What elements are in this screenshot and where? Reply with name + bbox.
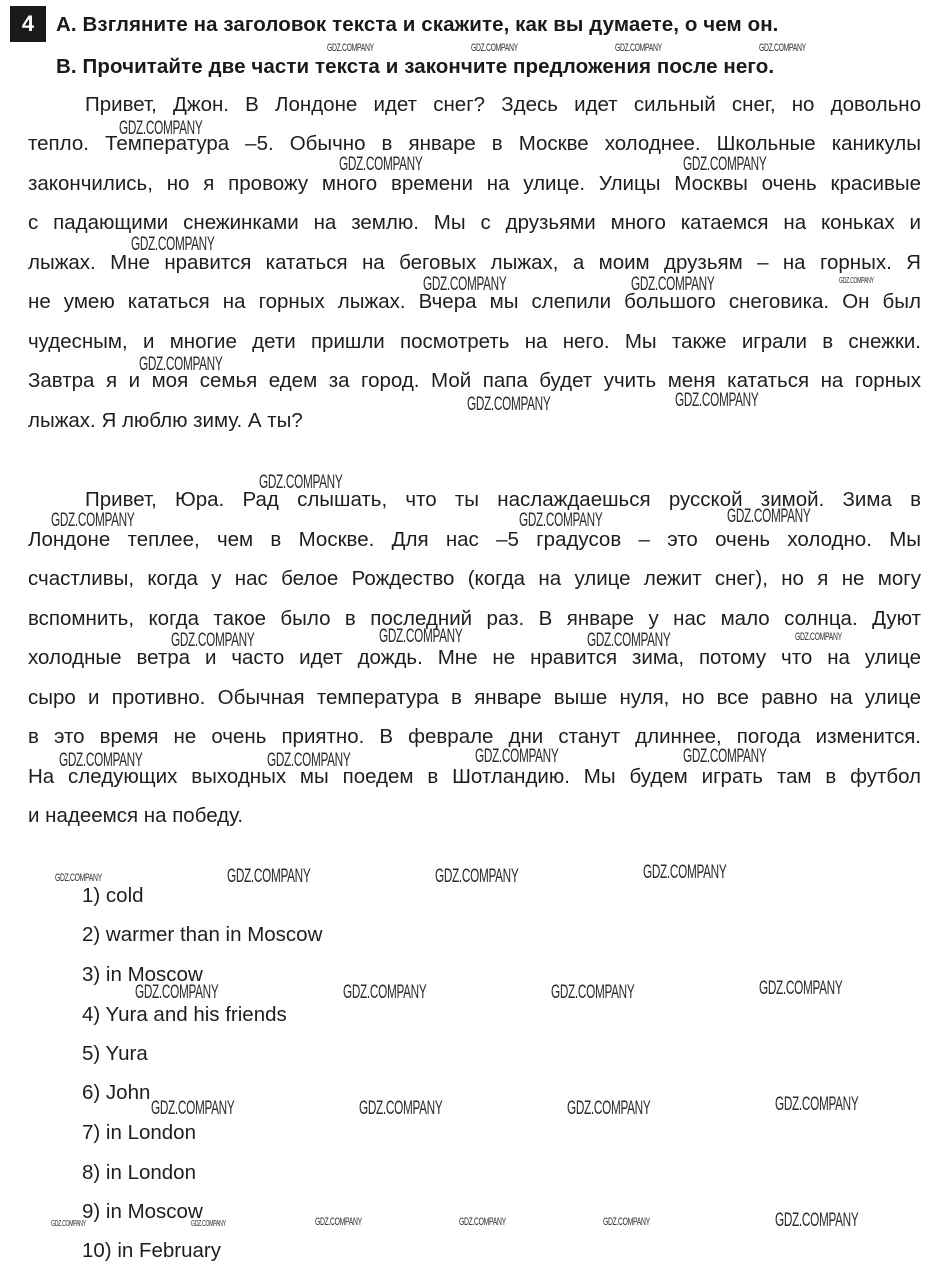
letter-1-line: лыжах. Мне нравится кататься на беговых … bbox=[28, 251, 921, 275]
letter-2-line: сыро и противно. Обычная температура в я… bbox=[28, 686, 921, 710]
answer-item: 8) in London bbox=[82, 1161, 196, 1185]
letter-2-line: Привет, Юра. Рад слышать, что ты наслажд… bbox=[85, 488, 921, 512]
watermark: GDZ.COMPANY bbox=[471, 42, 518, 54]
answer-item: 10) in February bbox=[82, 1239, 221, 1263]
watermark: GDZ.COMPANY bbox=[775, 1210, 858, 1232]
instruction-a: A. Взгляните на заголовок текста и скажи… bbox=[56, 13, 778, 37]
watermark: GDZ.COMPANY bbox=[839, 276, 874, 285]
answer-item: 4) Yura and his friends bbox=[82, 1003, 287, 1027]
letter-2-line: Лондоне теплее, чем в Москве. Для нас –5… bbox=[28, 528, 921, 552]
watermark: GDZ.COMPANY bbox=[327, 42, 374, 54]
watermark: GDZ.COMPANY bbox=[615, 42, 662, 54]
letter-1-line: чудесным, и многие дети пришли посмотрет… bbox=[28, 330, 921, 354]
letter-1-line: с падающими снежинками на землю. Мы с др… bbox=[28, 211, 921, 235]
watermark: GDZ.COMPANY bbox=[315, 1216, 362, 1228]
answer-item: 3) in Moscow bbox=[82, 963, 203, 987]
answer-item: 9) in Moscow bbox=[82, 1200, 203, 1224]
letter-2-line: и надеемся на победу. bbox=[28, 804, 921, 828]
watermark: GDZ.COMPANY bbox=[55, 872, 102, 884]
watermark: GDZ.COMPANY bbox=[359, 1098, 442, 1120]
watermark: GDZ.COMPANY bbox=[459, 1216, 506, 1228]
watermark: GDZ.COMPANY bbox=[567, 1098, 650, 1120]
letter-1-line: лыжах. Я люблю зиму. А ты? bbox=[28, 409, 921, 433]
letter-1-line: Привет, Джон. В Лондоне идет снег? Здесь… bbox=[85, 93, 921, 117]
letter-2-line: счастливы, когда у нас белое Рождество (… bbox=[28, 567, 921, 591]
watermark: GDZ.COMPANY bbox=[551, 982, 634, 1004]
watermark: GDZ.COMPANY bbox=[227, 866, 310, 888]
answer-item: 6) John bbox=[82, 1081, 150, 1105]
letter-2-line: На следующих выходных мы поедем в Шотлан… bbox=[28, 765, 921, 789]
answer-item: 2) warmer than in Moscow bbox=[82, 923, 322, 947]
watermark: GDZ.COMPANY bbox=[603, 1216, 650, 1228]
letter-1-line: закончились, но я провожу много времени … bbox=[28, 172, 921, 196]
instruction-b: B. Прочитайте две части текста и закончи… bbox=[56, 55, 774, 79]
answer-item: 5) Yura bbox=[82, 1042, 148, 1066]
watermark: GDZ.COMPANY bbox=[51, 1219, 86, 1228]
watermark: GDZ.COMPANY bbox=[343, 982, 426, 1004]
letter-2-line: вспомнить, когда такое было в последний … bbox=[28, 607, 921, 631]
watermark: GDZ.COMPANY bbox=[435, 866, 518, 888]
watermark: GDZ.COMPANY bbox=[759, 42, 806, 54]
answer-item: 1) cold bbox=[82, 884, 144, 908]
watermark: GDZ.COMPANY bbox=[759, 978, 842, 1000]
letter-1-line: тепло. Температура –5. Обычно в январе в… bbox=[28, 132, 921, 156]
letter-1-line: Завтра я и моя семья едем за город. Мой … bbox=[28, 369, 921, 393]
exercise-number-badge: 4 bbox=[10, 6, 46, 42]
letter-1-line: не умею кататься на горных лыжах. Вчера … bbox=[28, 290, 921, 314]
letter-2-line: холодные ветра и часто идет дождь. Мне н… bbox=[28, 646, 921, 670]
watermark: GDZ.COMPANY bbox=[795, 631, 842, 643]
watermark: GDZ.COMPANY bbox=[151, 1098, 234, 1120]
watermark: GDZ.COMPANY bbox=[643, 862, 726, 884]
answer-item: 7) in London bbox=[82, 1121, 196, 1145]
letter-2-line: в это время не очень приятно. В феврале … bbox=[28, 725, 921, 749]
watermark: GDZ.COMPANY bbox=[775, 1094, 858, 1116]
